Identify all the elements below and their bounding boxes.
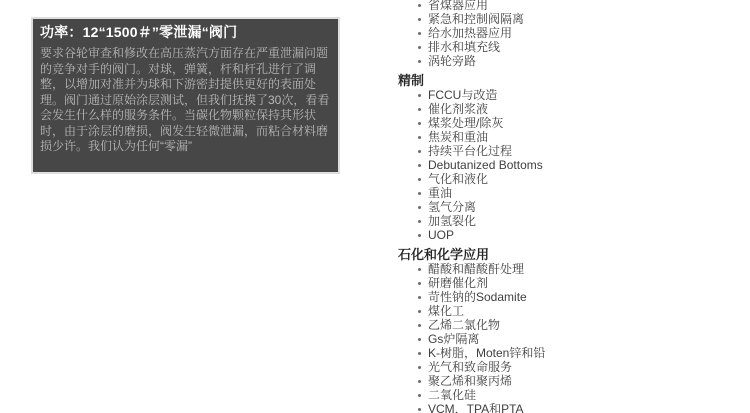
list-item: 煤浆处理/除灰 — [418, 116, 728, 130]
applications-list: 省煤器应用紧急和控制阀隔离给水加热器应用排水和填充线涡轮旁路精制FCCU与改造催… — [398, 0, 728, 413]
list-item: Gs炉隔离 — [418, 332, 728, 346]
section-heading: 精制 — [398, 73, 728, 88]
list-item: 聚乙烯和聚丙烯 — [418, 374, 728, 388]
list-item: 研磨催化剂 — [418, 276, 728, 290]
list-item: Debutanized Bottoms — [418, 158, 728, 172]
info-box-title: 功率：12“1500＃”零泄漏“阀门 — [40, 23, 332, 41]
list-item: 乙烯二氯化物 — [418, 318, 728, 332]
list-item: 省煤器应用 — [418, 0, 728, 12]
list-item: 给水加热器应用 — [418, 26, 728, 40]
list-item: VCM，TPA和PTA — [418, 402, 728, 413]
bullet-list: FCCU与改造催化剂浆液煤浆处理/除灰焦炭和重油持续平台化过程Debutaniz… — [398, 88, 728, 242]
list-item: FCCU与改造 — [418, 88, 728, 102]
page: 功率：12“1500＃”零泄漏“阀门 要求谷轮审查和修改在高压蒸汽方面存在严重泄… — [0, 0, 750, 413]
list-item: 排水和填充线 — [418, 40, 728, 54]
list-item: 气化和液化 — [418, 172, 728, 186]
list-item: K-树脂，Moten锌和铅 — [418, 346, 728, 360]
list-item: 醋酸和醋酸酐处理 — [418, 262, 728, 276]
valve-info-box: 功率：12“1500＃”零泄漏“阀门 要求谷轮审查和修改在高压蒸汽方面存在严重泄… — [31, 17, 340, 174]
list-item: 加氢裂化 — [418, 214, 728, 228]
list-item: 重油 — [418, 186, 728, 200]
list-item: 持续平台化过程 — [418, 144, 728, 158]
list-item: 催化剂浆液 — [418, 102, 728, 116]
section-heading: 石化和化学应用 — [398, 247, 728, 262]
list-item: 煤化工 — [418, 304, 728, 318]
list-item: UOP — [418, 228, 728, 242]
list-item: 苛性钠的Sodamite — [418, 290, 728, 304]
list-item: 光气和致命服务 — [418, 360, 728, 374]
list-item: 涡轮旁路 — [418, 54, 728, 68]
bullet-list: 省煤器应用紧急和控制阀隔离给水加热器应用排水和填充线涡轮旁路 — [398, 0, 728, 68]
list-item: 二氧化硅 — [418, 388, 728, 402]
info-box-body: 要求谷轮审查和修改在高压蒸汽方面存在严重泄漏问题的竞争对手的阀门。对球，弹簧，杆… — [40, 46, 332, 155]
list-item: 紧急和控制阀隔离 — [418, 12, 728, 26]
list-item: 氢气分离 — [418, 200, 728, 214]
bullet-list: 醋酸和醋酸酐处理研磨催化剂苛性钠的Sodamite煤化工乙烯二氯化物Gs炉隔离K… — [398, 262, 728, 413]
list-item: 焦炭和重油 — [418, 130, 728, 144]
